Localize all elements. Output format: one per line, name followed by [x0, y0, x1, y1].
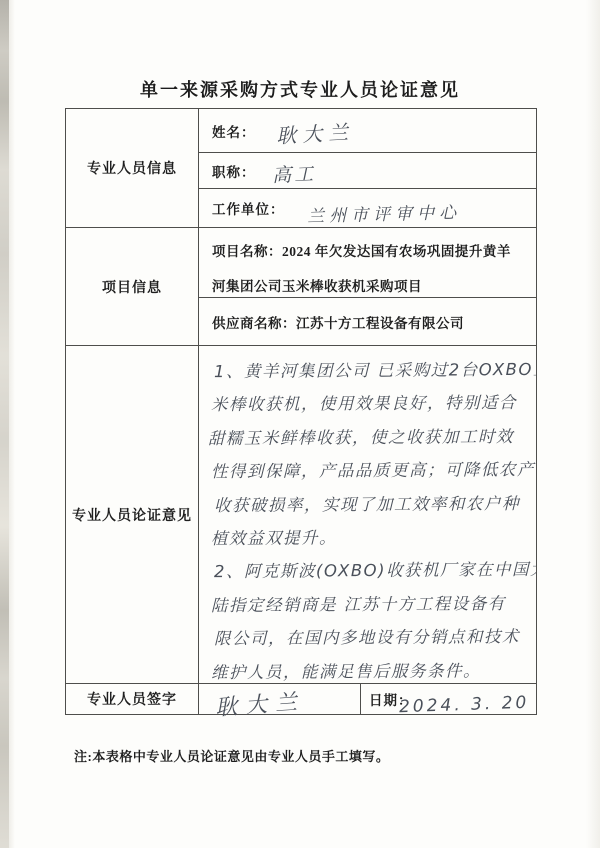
opinion-form-table: 专业人员信息 项目信息 专业人员论证意见 专业人员签字 姓名： 耿大兰 职称： …: [65, 108, 537, 715]
opinion-line: 2、阿克斯波(OXBO)收获机厂家在中国大: [214, 553, 528, 589]
opinion-line: 甜糯玉米鲜棒收获，使之收获加工时效: [208, 420, 528, 456]
opinion-line: 1、黄羊河集团公司 已采购过2台OXBO玉: [214, 353, 528, 389]
opinion-line: 植效益双提升。: [211, 520, 528, 556]
title-label: 职称：: [212, 161, 256, 181]
signature-handwritten: 耿大兰: [214, 685, 306, 722]
date-handwritten-value: 2024. 3. 20: [399, 693, 530, 718]
document-title: 单一来源采购方式专业人员论证意见: [0, 76, 600, 102]
scan-edge-fade-left: [9, 0, 15, 848]
opinion-line: 性得到保障，产品品质更高；可降低农产品: [211, 453, 528, 489]
scan-edge-artifact-left: [0, 0, 9, 848]
scanned-document-page: 单一来源采购方式专业人员论证意见 专业人员信息 项目信息 专业人员论证意见 专业…: [0, 0, 600, 848]
signature-date-row: 耿大兰 日期： 2024. 3. 20: [199, 684, 536, 714]
name-label: 姓名：: [212, 121, 256, 141]
field-work-unit: 工作单位： 兰州市评审中心: [199, 189, 536, 228]
opinion-line: 收获破损率，实现了加工效率和农户种: [214, 487, 528, 523]
date-cell: 日期： 2024. 3. 20: [361, 684, 536, 714]
supplier-name-text: 供应商名称：江苏十方工程设备有限公司: [199, 298, 536, 346]
scan-edge-artifact-right: [586, 0, 600, 848]
section-label-opinion: 专业人员论证意见: [66, 346, 199, 684]
opinion-line: 限公司，在国内多地设有分销点和技术: [214, 620, 528, 656]
section-label-project-info: 项目信息: [66, 228, 199, 346]
opinion-line: 陆指定经销商是 江苏十方工程设备有: [211, 587, 528, 623]
footnote-text: 注:本表格中专业人员论证意见由专业人员手工填写。: [74, 746, 389, 765]
work-unit-label: 工作单位：: [212, 198, 285, 218]
name-handwritten-value: 耿大兰: [275, 116, 354, 149]
signature-cell: 耿大兰: [199, 684, 361, 714]
field-name: 姓名： 耿大兰: [199, 109, 536, 153]
field-title: 职称： 高工: [199, 153, 536, 189]
section-label-personnel-info: 专业人员信息: [66, 109, 199, 228]
opinion-line: 米棒收获机，使用效果良好，特别适合: [211, 386, 528, 422]
work-unit-handwritten-value: 兰州市评审中心: [306, 197, 461, 226]
title-handwritten-value: 高工: [271, 159, 316, 188]
project-name-text: 项目名称：2024 年欠发达国有农场巩固提升黄羊河集团公司玉米棒收获机采购项目: [199, 228, 536, 298]
opinion-line: 维护人员，能满足售后服务条件。: [211, 654, 528, 684]
section-label-signature: 专业人员签字: [66, 684, 199, 714]
opinion-handwritten-block: 1、黄羊河集团公司 已采购过2台OXBO玉 米棒收获机，使用效果良好，特别适合 …: [199, 346, 536, 684]
